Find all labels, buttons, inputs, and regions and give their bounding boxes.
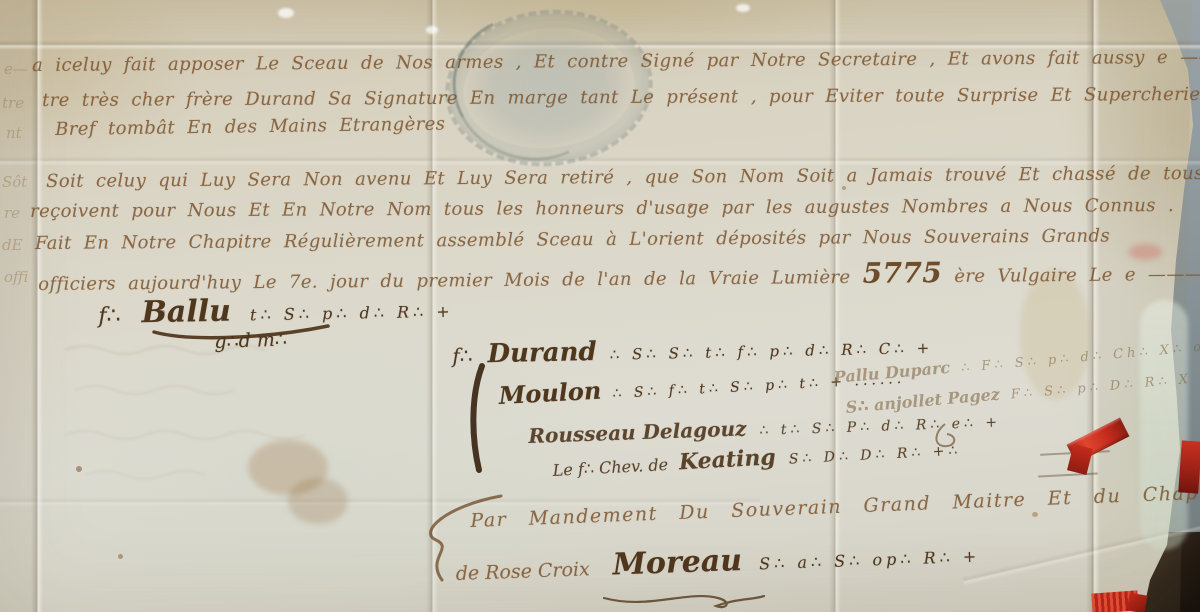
margin-fragment-2: tre [2, 94, 24, 112]
photo-of-manuscript: a iceluy fait apposer Le Sceau de Nos ar… [0, 0, 1200, 612]
signature-durand-name: Durand [487, 337, 597, 369]
gloss-speck-2 [426, 26, 438, 34]
gloss-speck-3 [736, 4, 750, 12]
margin-fragment-4: Sôt [2, 173, 27, 191]
ink-spot-6 [842, 186, 846, 190]
signature-keating-prefix: Le f∴ Chev. de [552, 455, 668, 480]
closing-line-2-pre: de Rose Croix [455, 558, 590, 585]
signature-moreau-name: Moreau [612, 543, 743, 582]
anjollet-paraph [925, 422, 965, 452]
signature-moreau-abbrev: S∴ a∴ S∴ op∴ R∴ + [759, 547, 981, 574]
moulon-penstroke [462, 362, 492, 474]
date-line-suffix: ère Vulgaire Le e ——— [942, 264, 1200, 287]
margin-fragment-5: re [4, 204, 20, 222]
margin-fragment-3: nt [6, 124, 22, 142]
ballu-flourish [150, 320, 335, 342]
moreau-paraph [598, 588, 768, 612]
gloss-speck-1 [278, 8, 294, 18]
margin-fragment-1: e— [4, 60, 28, 78]
ink-spot-2 [118, 554, 123, 559]
red-ribbon-bottom-fold [1127, 593, 1148, 612]
date-year-number: 5775 [862, 256, 942, 290]
red-ribbon-right-edge [1178, 440, 1200, 493]
margin-fragment-6: dE [2, 236, 23, 254]
signature-keating-name: Keating [678, 444, 776, 475]
verso-bleed-squiggles [60, 330, 420, 490]
margin-fragment-7: offi [4, 268, 28, 286]
signature-ballu-prefix: f∴ [98, 304, 121, 329]
ink-spot-4 [1032, 512, 1038, 517]
signature-moulon-name: Moulon [498, 376, 602, 410]
